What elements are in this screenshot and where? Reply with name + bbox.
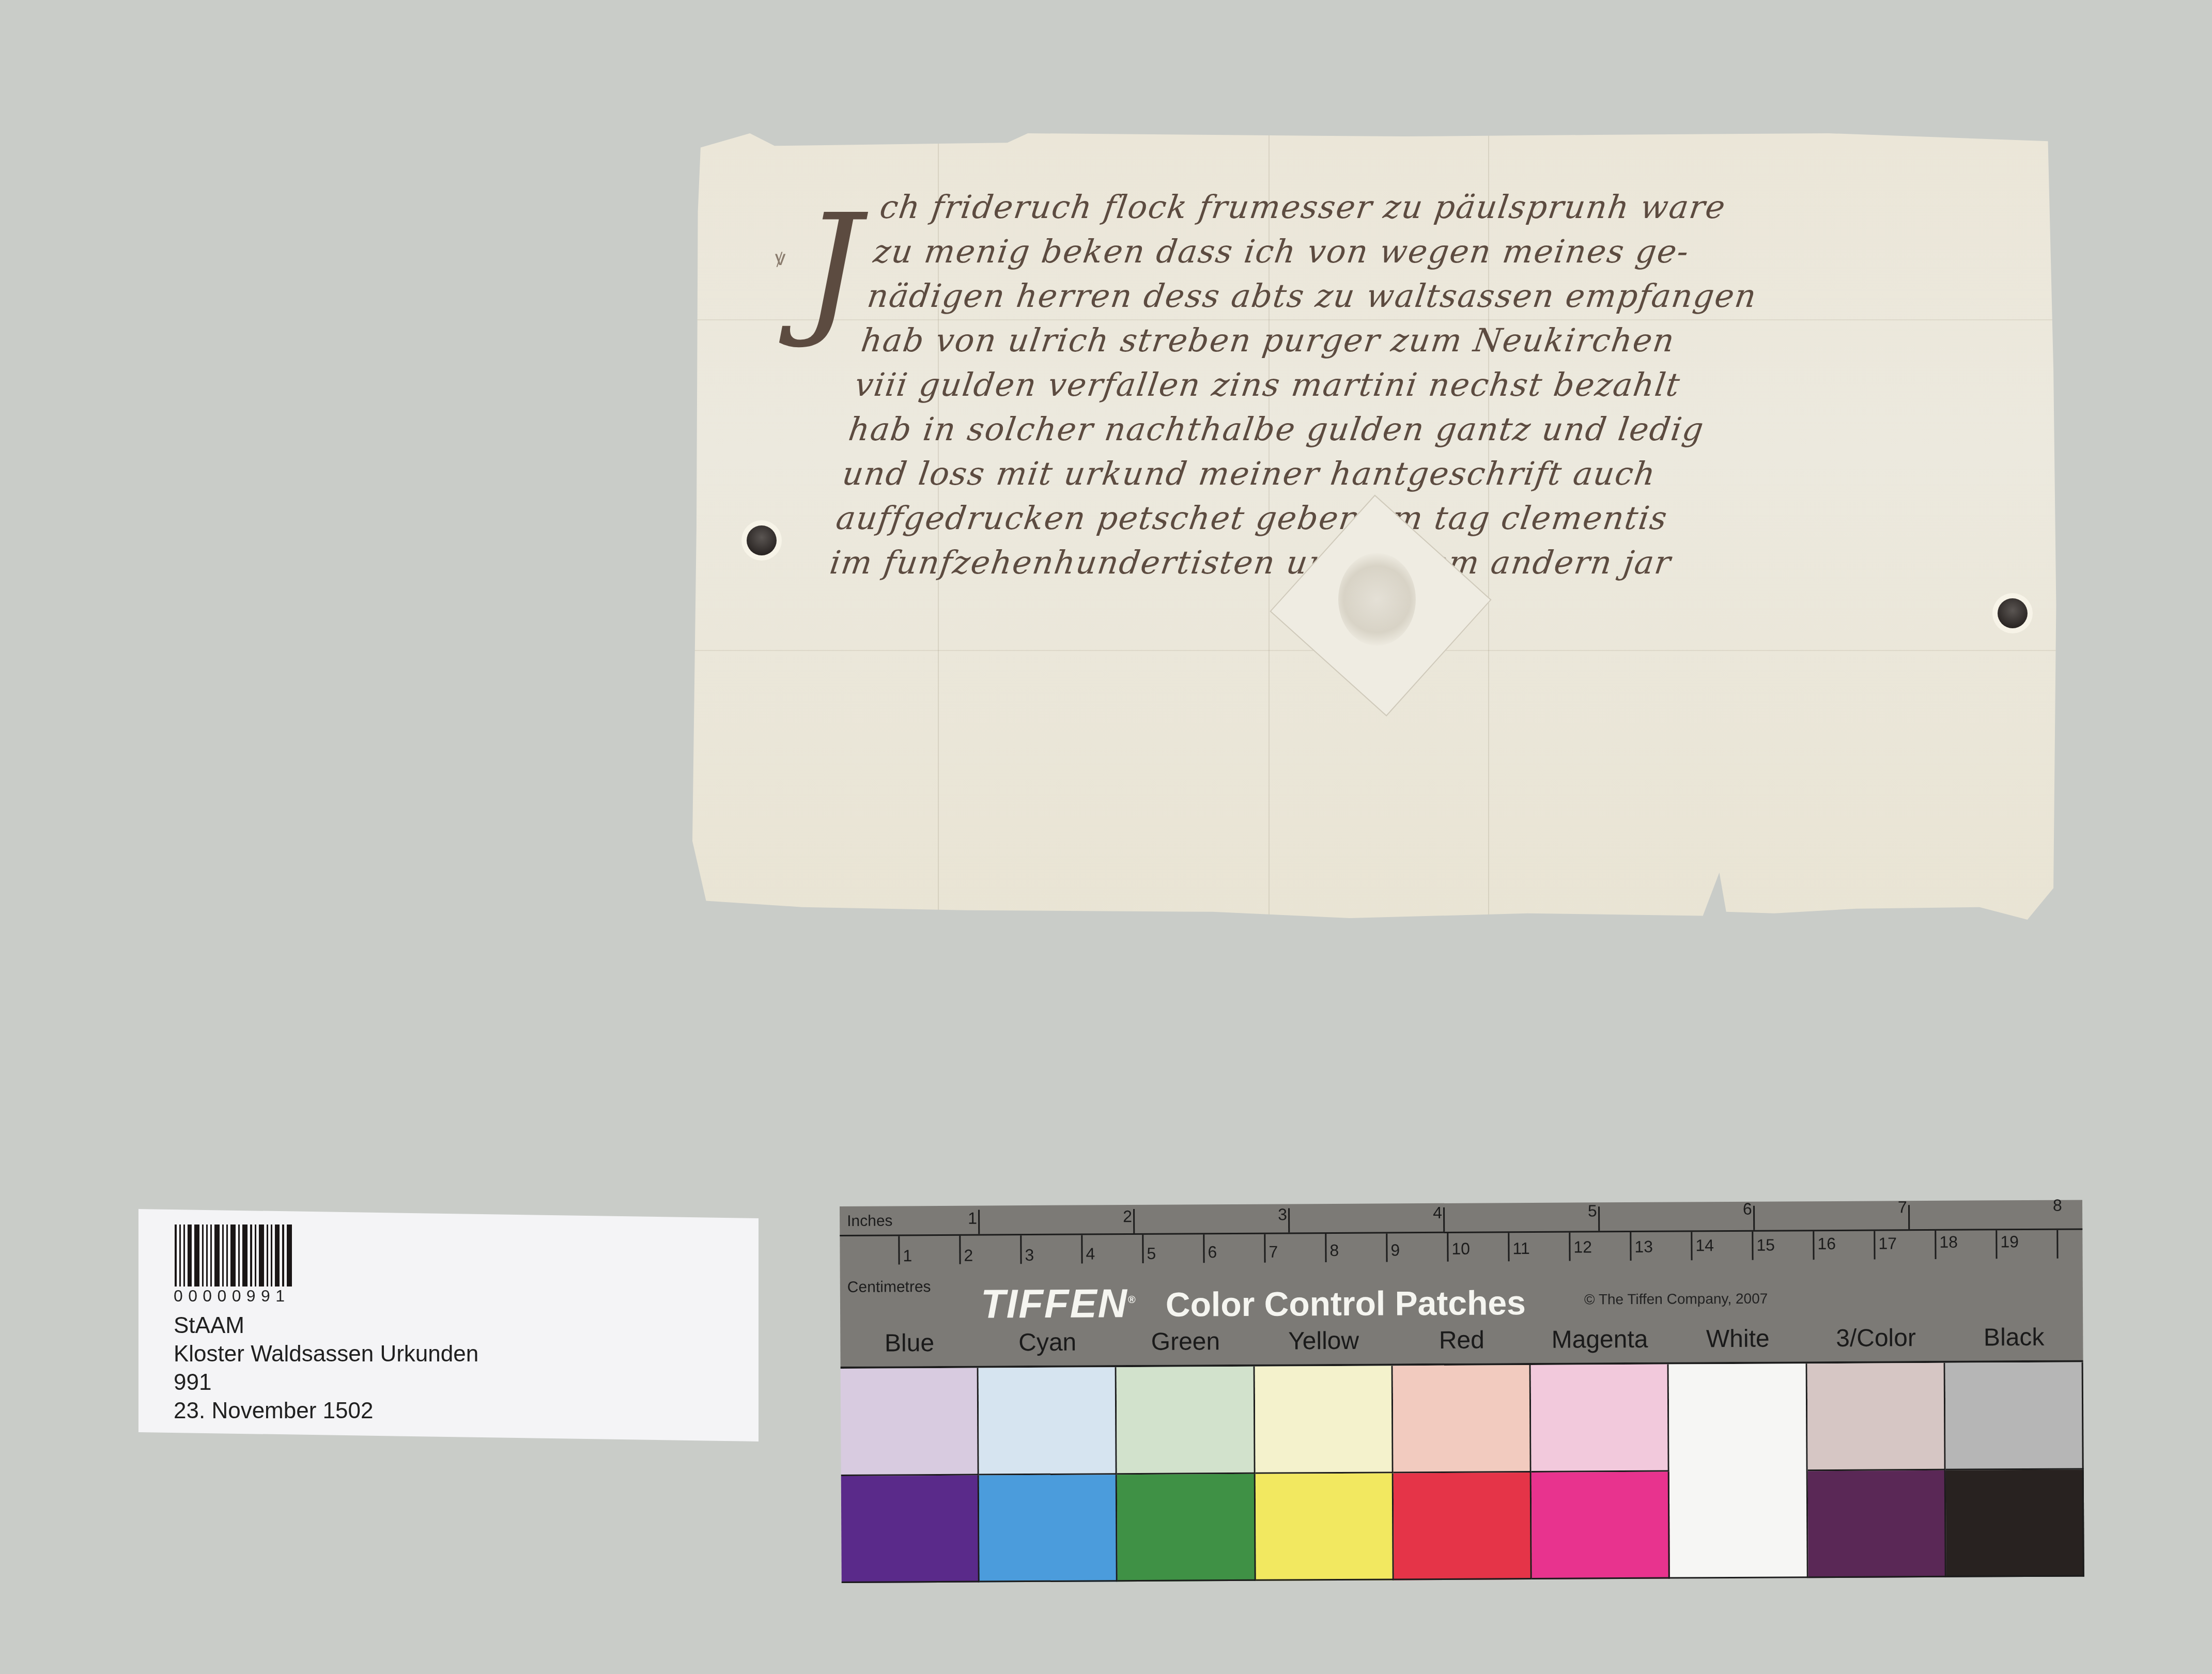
inch-mark: 3 — [1278, 1205, 1287, 1224]
text-line: ch frideruch flock frumesser zu päulspru… — [810, 185, 2056, 229]
patch-red-light — [1393, 1365, 1532, 1473]
patch-label-magenta: Magenta — [1530, 1325, 1669, 1354]
inch-mark: 6 — [1743, 1200, 1752, 1219]
cm-mark: 9 — [1390, 1241, 1400, 1260]
cm-tick — [1691, 1232, 1692, 1260]
inch-mark: 1 — [968, 1209, 977, 1228]
patch-green-dark — [1117, 1474, 1256, 1582]
wax-seal — [1338, 553, 1416, 646]
barcode-digit: 0 — [218, 1287, 227, 1306]
margin-mark: ꝟ — [775, 243, 785, 271]
inch-tick — [1753, 1206, 1755, 1230]
cm-mark: 11 — [1512, 1239, 1529, 1258]
barcode-digit: 9 — [261, 1287, 270, 1306]
inch-mark: 7 — [1898, 1198, 1907, 1217]
patch-blue-dark — [841, 1475, 980, 1583]
patch-label-white: White — [1669, 1324, 1807, 1353]
patch-black-light — [1945, 1362, 2083, 1470]
cm-mark: 14 — [1695, 1236, 1714, 1255]
inch-mark: 8 — [2053, 1196, 2062, 1215]
patch-red-dark — [1394, 1472, 1532, 1580]
barcode — [175, 1225, 295, 1287]
cm-mark: 6 — [1208, 1243, 1217, 1262]
cm-mark: 17 — [1878, 1234, 1897, 1253]
cm-mark: 12 — [1573, 1237, 1592, 1257]
inch-tick — [1443, 1207, 1445, 1232]
patch-magenta-dark — [1532, 1471, 1670, 1579]
document-date: 23. November 1502 — [174, 1397, 478, 1425]
text-line: zu menig beken dass ich von wegen meines… — [803, 229, 2050, 274]
cm-tick — [1935, 1231, 1936, 1259]
cm-tick — [1752, 1232, 1753, 1260]
patch-labels: Blue Cyan Green Yellow Red Magenta White… — [840, 1323, 2083, 1358]
patch-cyan-dark — [979, 1475, 1118, 1583]
barcode-number: 0 0 0 0 0 9 9 1 — [174, 1287, 285, 1306]
punch-hole-right — [1998, 598, 2028, 628]
patch-label-cyan: Cyan — [978, 1328, 1117, 1357]
cm-tick — [1020, 1235, 1022, 1264]
cm-tick — [1508, 1233, 1509, 1261]
cm-tick — [1264, 1234, 1265, 1263]
centimetres-label: Centimetres — [847, 1278, 931, 1296]
collection-name: Kloster Waldsassen Urkunden — [174, 1340, 478, 1368]
patch-3color-dark — [1807, 1470, 1946, 1578]
cm-tick — [1142, 1235, 1143, 1263]
cm-tick — [959, 1236, 961, 1264]
cm-mark: 15 — [1756, 1236, 1775, 1255]
chart-title: Color Control Patches — [1166, 1283, 1526, 1324]
patch-3color-light — [1807, 1363, 1945, 1471]
cm-mark: 19 — [2000, 1232, 2019, 1251]
inch-mark: 2 — [1123, 1207, 1132, 1226]
color-control-chart: Inches Centimetres 1 2 3 4 5 6 7 8 1 2 3… — [840, 1200, 2084, 1581]
patch-white — [1669, 1363, 1808, 1578]
cm-mark: 18 — [1939, 1233, 1958, 1252]
cm-tick — [1325, 1234, 1326, 1262]
cm-mark: 16 — [1817, 1234, 1836, 1253]
cm-tick — [1569, 1233, 1570, 1261]
cm-mark: 7 — [1269, 1243, 1278, 1262]
cm-mark: 8 — [1329, 1241, 1339, 1260]
inch-tick — [1133, 1209, 1135, 1233]
patch-blue-light — [841, 1368, 979, 1476]
inch-tick — [1598, 1206, 1600, 1231]
text-line: und loss mit urkund meiner hantgeschrift… — [772, 452, 2019, 496]
barcode-digit: 0 — [188, 1287, 197, 1306]
cm-tick — [1813, 1231, 1814, 1260]
copyright-notice: © The Tiffen Company, 2007 — [1584, 1291, 1768, 1308]
barcode-digit: 0 — [232, 1287, 241, 1306]
inch-mark: 4 — [1433, 1203, 1442, 1222]
inches-label: Inches — [847, 1212, 893, 1230]
barcode-digit: 0 — [203, 1287, 212, 1306]
text-line: hab von ulrich streben purger zum Neukir… — [791, 318, 2037, 363]
cm-tick — [1081, 1235, 1082, 1264]
patch-cyan-light — [979, 1367, 1117, 1475]
cm-mark: 3 — [1025, 1246, 1034, 1265]
cm-tick — [1874, 1231, 1875, 1260]
barcode-digit: 9 — [246, 1287, 256, 1306]
registered-mark: ® — [1128, 1294, 1137, 1306]
archive-label: 0 0 0 0 0 9 9 1 StAAM Kloster Waldsassen… — [138, 1209, 759, 1442]
barcode-digit: 1 — [275, 1287, 285, 1306]
inch-mark: 5 — [1588, 1201, 1597, 1220]
cm-tick — [1386, 1233, 1387, 1262]
text-line: nädigen herren dess abts zu waltsassen e… — [797, 274, 2044, 318]
text-line: hab in solcher nachthalbe gulden gantz u… — [779, 407, 2025, 452]
cm-tick — [898, 1236, 900, 1264]
inch-tick — [978, 1210, 980, 1234]
cm-tick — [1630, 1232, 1631, 1261]
patch-magenta-light — [1531, 1365, 1669, 1473]
patch-label-black: Black — [1945, 1323, 2083, 1352]
brand-name: TIFFEN — [981, 1280, 1128, 1326]
cm-mark: 10 — [1451, 1239, 1470, 1259]
barcode-digit: 0 — [174, 1287, 183, 1306]
patch-green-light — [1117, 1367, 1255, 1475]
cm-mark: 13 — [1634, 1237, 1653, 1257]
inch-tick — [1288, 1208, 1290, 1232]
cm-mark: 2 — [964, 1246, 973, 1265]
punch-hole-left — [747, 525, 777, 555]
label-text: StAAM Kloster Waldsassen Urkunden 991 23… — [174, 1311, 478, 1425]
tiffen-logo: TIFFEN® — [981, 1280, 1137, 1328]
patch-label-3color: 3/Color — [1807, 1324, 1945, 1353]
chart-header: Inches Centimetres 1 2 3 4 5 6 7 8 1 2 3… — [840, 1200, 2083, 1367]
archive-name: StAAM — [174, 1311, 478, 1340]
cm-mark: 4 — [1086, 1244, 1095, 1263]
cm-mark: 1 — [903, 1246, 912, 1265]
patch-label-yellow: Yellow — [1255, 1326, 1393, 1355]
patch-label-red: Red — [1393, 1326, 1531, 1355]
cm-mark: 5 — [1147, 1244, 1156, 1263]
patch-label-blue: Blue — [840, 1329, 979, 1358]
cm-tick — [1447, 1233, 1448, 1262]
inch-tick — [1908, 1205, 1910, 1229]
cm-tick — [2056, 1230, 2058, 1259]
patch-black-dark — [1945, 1469, 2084, 1577]
patch-label-green: Green — [1117, 1327, 1255, 1356]
text-line: viii gulden verfallen zins martini nechs… — [785, 363, 2031, 407]
patch-yellow-light — [1255, 1366, 1393, 1474]
cm-tick — [1996, 1230, 1997, 1259]
cm-tick — [1203, 1234, 1204, 1263]
color-patches — [841, 1360, 2084, 1583]
document-number: 991 — [174, 1368, 478, 1397]
patch-yellow-dark — [1255, 1473, 1394, 1581]
